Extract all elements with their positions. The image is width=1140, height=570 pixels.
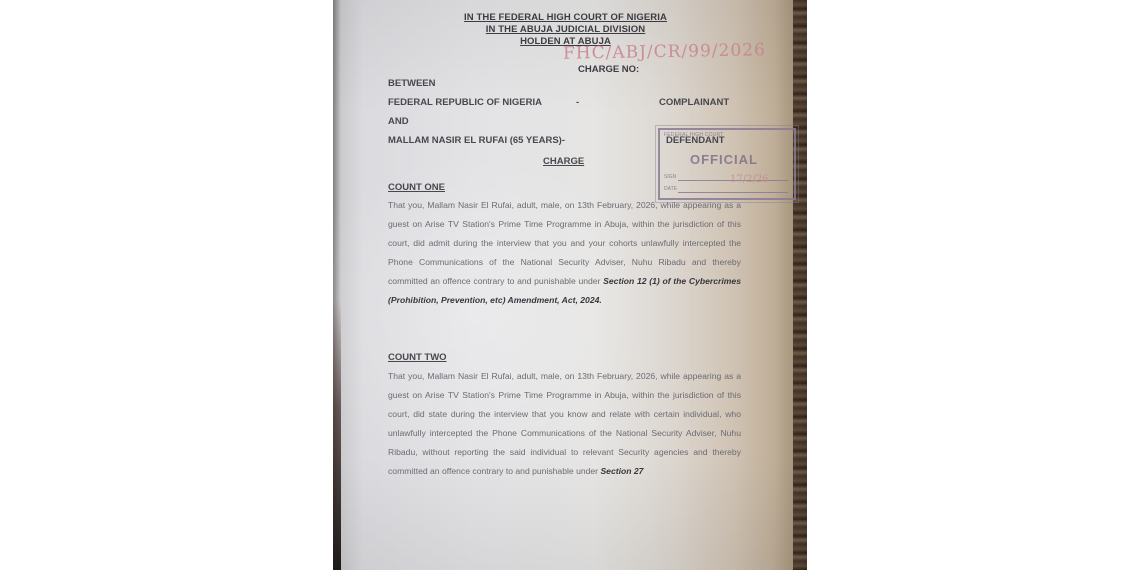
charge-title: CHARGE [543, 156, 584, 167]
between-label: BETWEEN [388, 78, 436, 89]
separator-dash: - [576, 97, 579, 108]
count-one-body: That you, Mallam Nasir El Rufai, adult, … [388, 196, 741, 310]
defendant-name: MALLAM NASIR EL RUFAI (65 YEARS)- [388, 135, 565, 146]
count-two-heading: COUNT TWO [388, 352, 447, 363]
stamp-top-text: FEDERAL HIGH COURT [664, 132, 723, 138]
official-stamp: FEDERAL HIGH COURT OFFICIAL SIGN 17/2/26… [658, 128, 796, 200]
charge-no-label: CHARGE NO: [578, 64, 639, 75]
stamp-handwritten-date: 17/2/26 [730, 174, 769, 185]
stamp-date-label: DATE [664, 186, 677, 192]
count-two-body: That you, Mallam Nasir El Rufai, adult, … [388, 367, 741, 481]
court-header-line-2: IN THE ABUJA JUDICIAL DIVISION [388, 24, 743, 35]
stamp-date-line [678, 192, 788, 193]
handwritten-charge-number: FHC/ABJ/CR/99/2026 [563, 40, 766, 64]
complainant-label: COMPLAINANT [659, 97, 729, 108]
photo-left-shadow [333, 300, 341, 570]
court-header-line-1: IN THE FEDERAL HIGH COURT OF NIGERIA [388, 12, 743, 23]
photo-right-edge [793, 0, 807, 570]
count-two-text: That you, Mallam Nasir El Rufai, adult, … [388, 371, 741, 476]
stamp-sign-label: SIGN [664, 174, 676, 180]
charge-sheet-photo: IN THE FEDERAL HIGH COURT OF NIGERIA IN … [333, 0, 807, 570]
count-two-statute: Section 27 [600, 466, 643, 476]
complainant-name: FEDERAL REPUBLIC OF NIGERIA [388, 97, 542, 108]
charge-sheet-document: IN THE FEDERAL HIGH COURT OF NIGERIA IN … [388, 0, 743, 570]
count-one-heading: COUNT ONE [388, 182, 445, 193]
and-label: AND [388, 116, 409, 127]
count-one-text: That you, Mallam Nasir El Rufai, adult, … [388, 200, 741, 286]
stamp-main-text: OFFICIAL [690, 152, 758, 167]
